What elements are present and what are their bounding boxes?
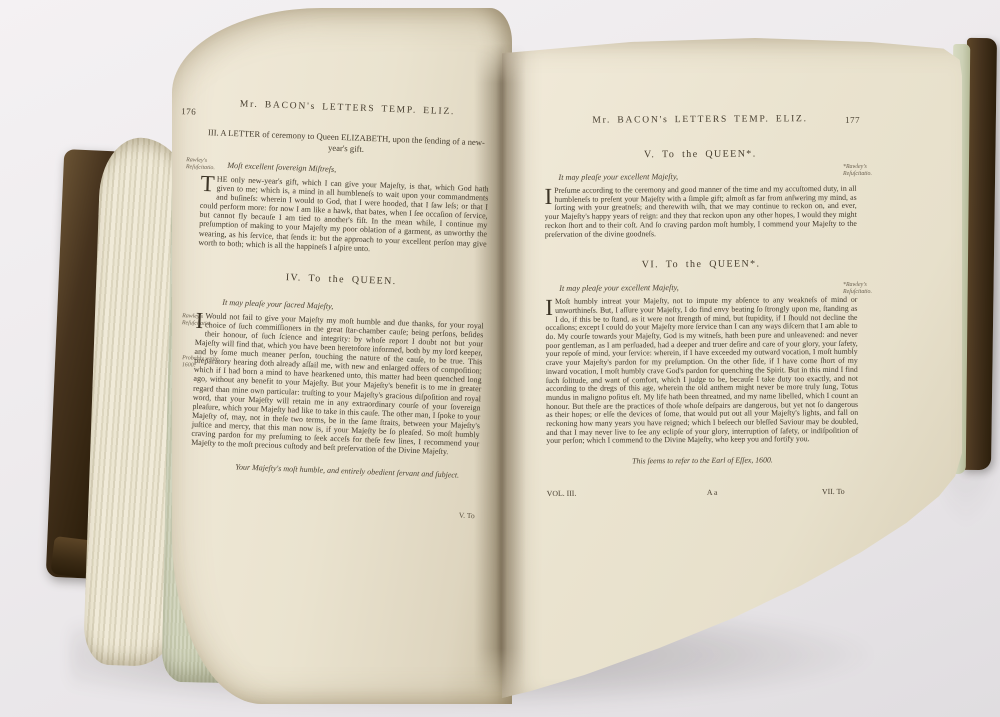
right-page-number: 177	[845, 115, 860, 125]
right-page: *Rawley's Reſuſcitatio. *Rawley's Reſuſc…	[502, 36, 962, 698]
right-running-head: Mr. BACON's LETTERS TEMP. ELIZ.	[592, 114, 808, 126]
right-running-head-row: Mr. BACON's LETTERS TEMP. ELIZ. 177	[544, 108, 856, 124]
letter-v-heading: V. To the QUEEN*.	[544, 148, 856, 161]
letter-iii-body: THE only new-year's gift, which I can gi…	[198, 174, 488, 257]
letter-iii-dropcap: T	[200, 174, 217, 194]
left-running-head-row: 176 Mr. BACON's LETTERS TEMP. ELIZ.	[203, 92, 491, 117]
right-page-footer: VOL. III. A a VII. To	[547, 487, 859, 498]
letter-vi-salutation: It may pleaſe your excellent Majeſty,	[559, 282, 857, 293]
left-page-number: 176	[181, 106, 196, 117]
letter-iv-body: IWould not fail to give your Majeſty my …	[191, 311, 484, 458]
letter-vi-footnote: This ſeems to refer to the Earl of Eſſex…	[546, 455, 858, 466]
letter-vi-dropcap: I	[545, 298, 555, 317]
letter-v-dropcap: I	[545, 187, 555, 206]
left-running-head: Mr. BACON's LETTERS TEMP. ELIZ.	[240, 99, 456, 117]
left-page: Rawley's Reſuſcitatio. Rawley's Reſuſcit…	[172, 8, 512, 704]
right-catchword: VII. To	[822, 487, 845, 496]
signature-mark: A a	[681, 488, 718, 497]
letter-vi-body: IMoſt humbly intreat your Majeſty, not t…	[545, 296, 858, 446]
photo-background: Rawley's Reſuſcitatio. Rawley's Reſuſcit…	[0, 0, 1000, 717]
letter-vi-heading: VI. To the QUEEN*.	[545, 258, 857, 271]
letter-iv-closing: Your Majeſty's moſt humble, and entirely…	[190, 461, 478, 481]
letter-iv-heading: IV. To the QUEEN.	[197, 269, 485, 291]
volume-label: VOL. III.	[547, 489, 577, 498]
letter-v-body: IPreſume according to the ceremony and g…	[545, 185, 857, 239]
left-catchword: V. To	[189, 501, 477, 521]
letter-v-salutation: It may pleaſe your excellent Majeſty,	[558, 171, 856, 182]
